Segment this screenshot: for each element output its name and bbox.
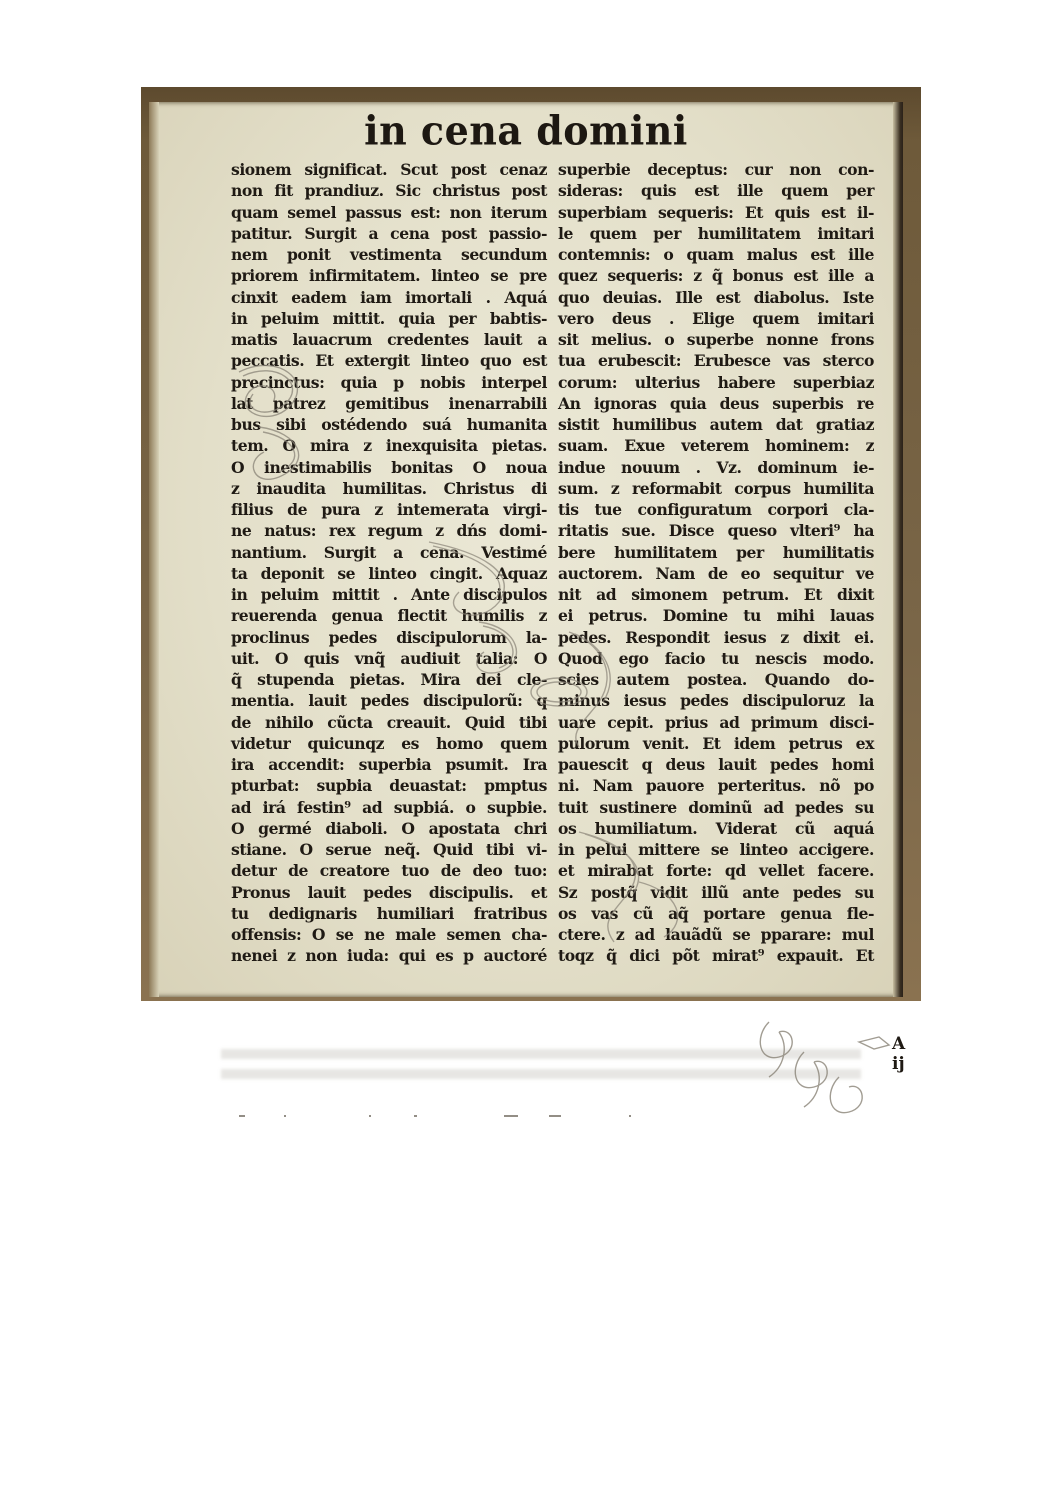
text-line: pulorum venit. Et idem petrus ex: [558, 733, 874, 754]
text-line: et mirabat forte: qd vellet facere.: [558, 860, 874, 881]
show-through-line: [221, 1049, 861, 1059]
text-line: bus sibi ostédendo suá humanita: [231, 414, 547, 435]
text-line: q̃ stupenda pietas. Mira dei cle-: [231, 669, 547, 690]
text-line: pturbat: supbia deuastat: pmptus: [231, 775, 547, 796]
text-line: quam semel passus est: non iterum: [231, 202, 547, 223]
text-line: in peluim mittit. quia per babtis-: [231, 308, 547, 329]
text-line: ta deponit se linteo cingit. Aquaz: [231, 563, 547, 584]
text-line: os vas cũ aq̃ portare genua fle-: [558, 903, 874, 924]
text-line: sideras: quis est ille quem per: [558, 180, 874, 201]
text-line: detur de creatore tuo de deo tuo:: [231, 860, 547, 881]
text-line: minus iesus pedes discipuloruz la: [558, 690, 874, 711]
text-line: Sz postq̃ vidit illũ ante pedes su: [558, 882, 874, 903]
page-edge: [893, 102, 903, 997]
text-line: proclinus pedes discipulorum la-: [231, 627, 547, 648]
text-line: in peluim mittit . Ante discipulos: [231, 584, 547, 605]
text-line: non fit prandiuz. Sic christus post: [231, 180, 547, 201]
text-line: An ignoras quia deus superbis re: [558, 393, 874, 414]
signature-mark: A ij: [892, 1034, 905, 1074]
text-line: Quod ego facio tu nescis modo.: [558, 648, 874, 669]
text-line: precinctus: quia p nobis interpel: [231, 372, 547, 393]
text-line: vero deus . Elige quem imitari: [558, 308, 874, 329]
text-line: le quem per humilitatem imitari: [558, 223, 874, 244]
text-line: ei petrus. Domine tu mihi lauas: [558, 605, 874, 626]
text-line: reuerenda genua flectit humilis z: [231, 605, 547, 626]
text-line: contemnis: o quam malus est ille: [558, 244, 874, 265]
text-line: quo deuias. Ille est diabolus. Iste: [558, 287, 874, 308]
text-line: nenei z non iuda: qui es p auctoré: [231, 945, 547, 966]
text-line: os humiliatum. Viderat cũ aquá: [558, 818, 874, 839]
text-line: ad irá festin⁹ ad supbiá. o supbie.: [231, 797, 547, 818]
text-line: filius de pura z intemerata virgi-: [231, 499, 547, 520]
text-line: superbiam sequeris: Et quis est il-: [558, 202, 874, 223]
text-line: auctorem. Nam de eo sequitur ve: [558, 563, 874, 584]
running-head: in cena domini: [149, 107, 903, 154]
text-line: scies autem postea. Quando do-: [558, 669, 874, 690]
text-line: mentia. lauit pedes discipulorũ: q: [231, 690, 547, 711]
text-line: Pronus lauit pedes discipulis. et: [231, 882, 547, 903]
text-line: tua erubescit: Erubesce vas sterco: [558, 350, 874, 371]
paper-leaf: in cena domini sionem significat. Scut p…: [149, 102, 903, 997]
text-line: ritatis sue. Disce queso vlteri⁹ ha: [558, 520, 874, 541]
text-column-right: superbie deceptus: cur non con-sideras: …: [558, 159, 874, 967]
text-line: nantium. Surgit a cena. Vestimé: [231, 542, 547, 563]
gutter-shadow: [149, 102, 159, 997]
text-line: videtur quicunqz es homo quem: [231, 733, 547, 754]
text-line: ni. Nam pauore perteritus. nõ po: [558, 775, 874, 796]
text-line: corum: ulterius habere superbiaz: [558, 372, 874, 393]
text-line: uare cepit. prius ad primum disci-: [558, 712, 874, 733]
text-line: toqz q̃ dici põt mirat⁹ expauit. Et: [558, 945, 874, 966]
text-line: ne natus: rex regum z dńs domi-: [231, 520, 547, 541]
text-line: priorem infirmitatem. linteo se pre: [231, 265, 547, 286]
text-line: tuit sustinere dominũ ad pedes su: [558, 797, 874, 818]
text-line: cinxit eadem iam imortali . Aquá: [231, 287, 547, 308]
text-line: peccatis. Et extergit linteo quo est: [231, 350, 547, 371]
text-line: superbie deceptus: cur non con-: [558, 159, 874, 180]
text-line: O inestimabilis bonitas O noua: [231, 457, 547, 478]
text-line: in pelui mittere se linteo accigere.: [558, 839, 874, 860]
text-line: pauescit q deus lauit pedes homi: [558, 754, 874, 775]
paper-specks: [239, 1115, 619, 1121]
text-line: suam. Exue veterem hominem: z: [558, 435, 874, 456]
text-line: sum. z reformabit corpus humilita: [558, 478, 874, 499]
text-line: nit ad simonem petrum. Et dixit: [558, 584, 874, 605]
text-line: tis tue configuratum corpori cla-: [558, 499, 874, 520]
text-line: de nihilo cũcta creauit. Quid tibi: [231, 712, 547, 733]
text-line: ira accendit: superbia psumit. Ira: [231, 754, 547, 775]
text-line: nem ponit vestimenta secundum: [231, 244, 547, 265]
text-line: uit. O quis vnq̃ audiuit talia: O: [231, 648, 547, 669]
text-line: z inaudita humilitas. Christus di: [231, 478, 547, 499]
text-line: pedes. Respondit iesus z dixit ei.: [558, 627, 874, 648]
text-line: lat patrez gemitibus inenarrabili: [231, 393, 547, 414]
text-line: offensis: O se ne male semen cha-: [231, 924, 547, 945]
text-line: sistit humilibus autem dat gratiaz: [558, 414, 874, 435]
text-line: ctere. z ad lauãdũ se pparare: mul: [558, 924, 874, 945]
show-through-line: [221, 1069, 861, 1079]
scanned-book-page: in cena domini sionem significat. Scut p…: [141, 87, 921, 1001]
text-line: sionem significat. Scut post cenaz: [231, 159, 547, 180]
text-line: patitur. Surgit a cena post passio-: [231, 223, 547, 244]
text-line: indue nouum . Vz. dominum ie-: [558, 457, 874, 478]
text-line: O germé diaboli. O apostata chri: [231, 818, 547, 839]
text-line: matis lauacrum credentes lauit a: [231, 329, 547, 350]
text-line: stiane. O serue neq̃. Quid tibi vi-: [231, 839, 547, 860]
text-column-left: sionem significat. Scut post cenaznon fi…: [231, 159, 547, 967]
text-line: sit melius. o superbe nonne frons: [558, 329, 874, 350]
text-line: tem. O mira z inexquisita pietas.: [231, 435, 547, 456]
text-line: quez sequeris: z q̃ bonus est ille a: [558, 265, 874, 286]
text-line: tu dedignaris humiliari fratribus: [231, 903, 547, 924]
text-line: bere humilitatem per humilitatis: [558, 542, 874, 563]
